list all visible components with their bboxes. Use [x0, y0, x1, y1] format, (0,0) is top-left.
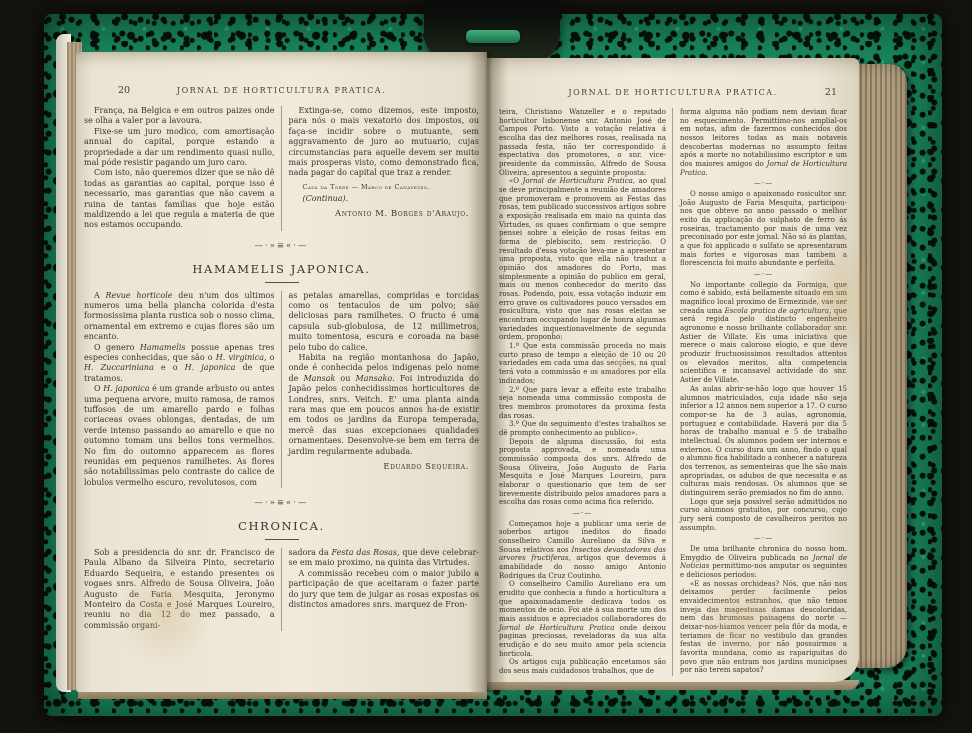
- item-separator-ornament: —·—: [680, 179, 847, 188]
- paragraph: No importante collegio da Formiga, que c…: [680, 281, 847, 385]
- book-headband: [466, 30, 520, 43]
- item-separator-ornament: —·—: [680, 534, 847, 543]
- left-page: 20 JORNAL DE HORTICULTURA PRATICA. Franç…: [76, 52, 487, 692]
- paragraph: Começamos hoje a publicar uma serie de s…: [499, 520, 666, 581]
- paragraph: O H. japonica é um grande arbusto ou ant…: [84, 384, 275, 488]
- paragraph: A Revue horticole deu n'um dos ultimos n…: [84, 291, 275, 343]
- paragraph: «E as nossas orchideas? Nós, que não nos…: [680, 580, 847, 675]
- running-head-left: 20 JORNAL DE HORTICULTURA PRATICA.: [84, 86, 479, 95]
- paragraph: França, na Belgica e em outros paizes on…: [84, 106, 275, 127]
- page-number-right: 21: [825, 87, 837, 98]
- paragraph: O nosso amigo o apaixonado rosicultor sn…: [680, 190, 847, 268]
- paragraph: Habita na região montanhosa do Japão, on…: [289, 353, 480, 457]
- paragraph: Sob a presidencia do snr. dr. Francisco …: [84, 548, 275, 631]
- paragraph: O genero Hamamelis possue apenas tres es…: [84, 343, 275, 385]
- paragraph: Logo que seja possivel serão admittidos …: [680, 498, 847, 533]
- text-column-right: Extinga-se, como dizemos, este imposto, …: [281, 106, 480, 231]
- item-separator-ornament: —·—: [680, 270, 847, 279]
- text-column-left: Sob a presidencia do snr. dr. Francisco …: [84, 548, 281, 631]
- paragraph: 1.º Que esta commissão proceda no mais c…: [499, 342, 666, 385]
- paragraph: Extinga-se, como dizemos, este imposto, …: [289, 106, 480, 179]
- author-signature: Eduardo Sequeira.: [289, 461, 470, 472]
- article-heading: HAMAMELIS JAPONICA.: [84, 262, 479, 277]
- paragraph: «O Jornal de Horticultura Pratica, ao qu…: [499, 177, 666, 342]
- running-head-right: JORNAL DE HORTICULTURA PRATICA. 21: [499, 88, 847, 97]
- two-column-text: França, na Belgica e em outros paizes on…: [84, 106, 479, 231]
- text-column-right: as petalas amarellas, compridas e torcid…: [281, 291, 480, 488]
- book-photo: { "book": { "title": "Jornal de Horticul…: [0, 0, 972, 733]
- paragraph: De uma brilhante chronica do nosso hom. …: [680, 545, 847, 580]
- paragraph: 3.º Que do seguimento d'estes trabalhos …: [499, 420, 666, 437]
- paragraph: Com isto, não queremos dizer que se não …: [84, 168, 275, 230]
- paragraph: A commissão recebeu com o maior jubilo a…: [289, 569, 480, 611]
- paragraph: as petalas amarellas, compridas e torcid…: [289, 291, 480, 353]
- paragraph: teira, Christiano Wanzeller e o reputado…: [499, 108, 666, 177]
- text-column-right: sadora da Festa das Rosas, que deve cele…: [281, 548, 480, 631]
- paragraph: sadora da Festa das Rosas, que deve cele…: [289, 548, 480, 569]
- text-column-right: forma alguma não podiam nem deviam ficar…: [672, 108, 847, 676]
- section-divider-ornament: —·»≡«·—: [84, 498, 479, 509]
- paragraph: Os artigos cuja publicação encetamos são…: [499, 658, 666, 675]
- two-column-text: teira, Christiano Wanzeller e o reputado…: [499, 108, 847, 676]
- heading-rule: [265, 539, 299, 540]
- journal-title-right: JORNAL DE HORTICULTURA PRATICA.: [568, 88, 777, 97]
- paragraph: As aulas abrir-se-hão logo que houver 15…: [680, 385, 847, 498]
- right-page: JORNAL DE HORTICULTURA PRATICA. 21 teira…: [487, 58, 859, 682]
- paragraph: Fixe-se um juro modico, com amortisação …: [84, 127, 275, 169]
- two-column-text: Sob a presidencia do snr. dr. Francisco …: [84, 548, 479, 631]
- paragraph: 2.º Que para levar a effeito este trabal…: [499, 386, 666, 421]
- paragraph: forma alguma não podiam nem deviam ficar…: [680, 108, 847, 177]
- paragraph: Depois de alguma discussão, foi esta pro…: [499, 438, 666, 507]
- text-column-left: França, na Belgica e em outros paizes on…: [84, 106, 281, 231]
- article-heading: CHRONICA.: [84, 519, 479, 534]
- section-divider-ornament: —·»≡«·—: [84, 241, 479, 252]
- two-column-text: A Revue horticole deu n'um dos ultimos n…: [84, 291, 479, 488]
- left-page-content: França, na Belgica e em outros paizes on…: [84, 106, 479, 631]
- place-dateline: Casa da Torre — Marco de Canavezes.: [303, 183, 480, 191]
- paragraph: O conselheiro Camillo Aureliano era um e…: [499, 580, 666, 658]
- continua-note: (Continua).: [303, 194, 480, 204]
- author-signature: Antonio M. Borges d'Araujo.: [289, 208, 470, 219]
- heading-rule: [265, 282, 299, 283]
- page-number-left: 20: [118, 85, 130, 96]
- page-edges-fore: [855, 64, 907, 668]
- item-separator-ornament: —·—: [499, 509, 666, 518]
- right-page-content: teira, Christiano Wanzeller e o reputado…: [499, 108, 847, 676]
- text-column-left: A Revue horticole deu n'um dos ultimos n…: [84, 291, 281, 488]
- text-column-left: teira, Christiano Wanzeller e o reputado…: [499, 108, 672, 676]
- journal-title-left: JORNAL DE HORTICULTURA PRATICA.: [177, 86, 386, 95]
